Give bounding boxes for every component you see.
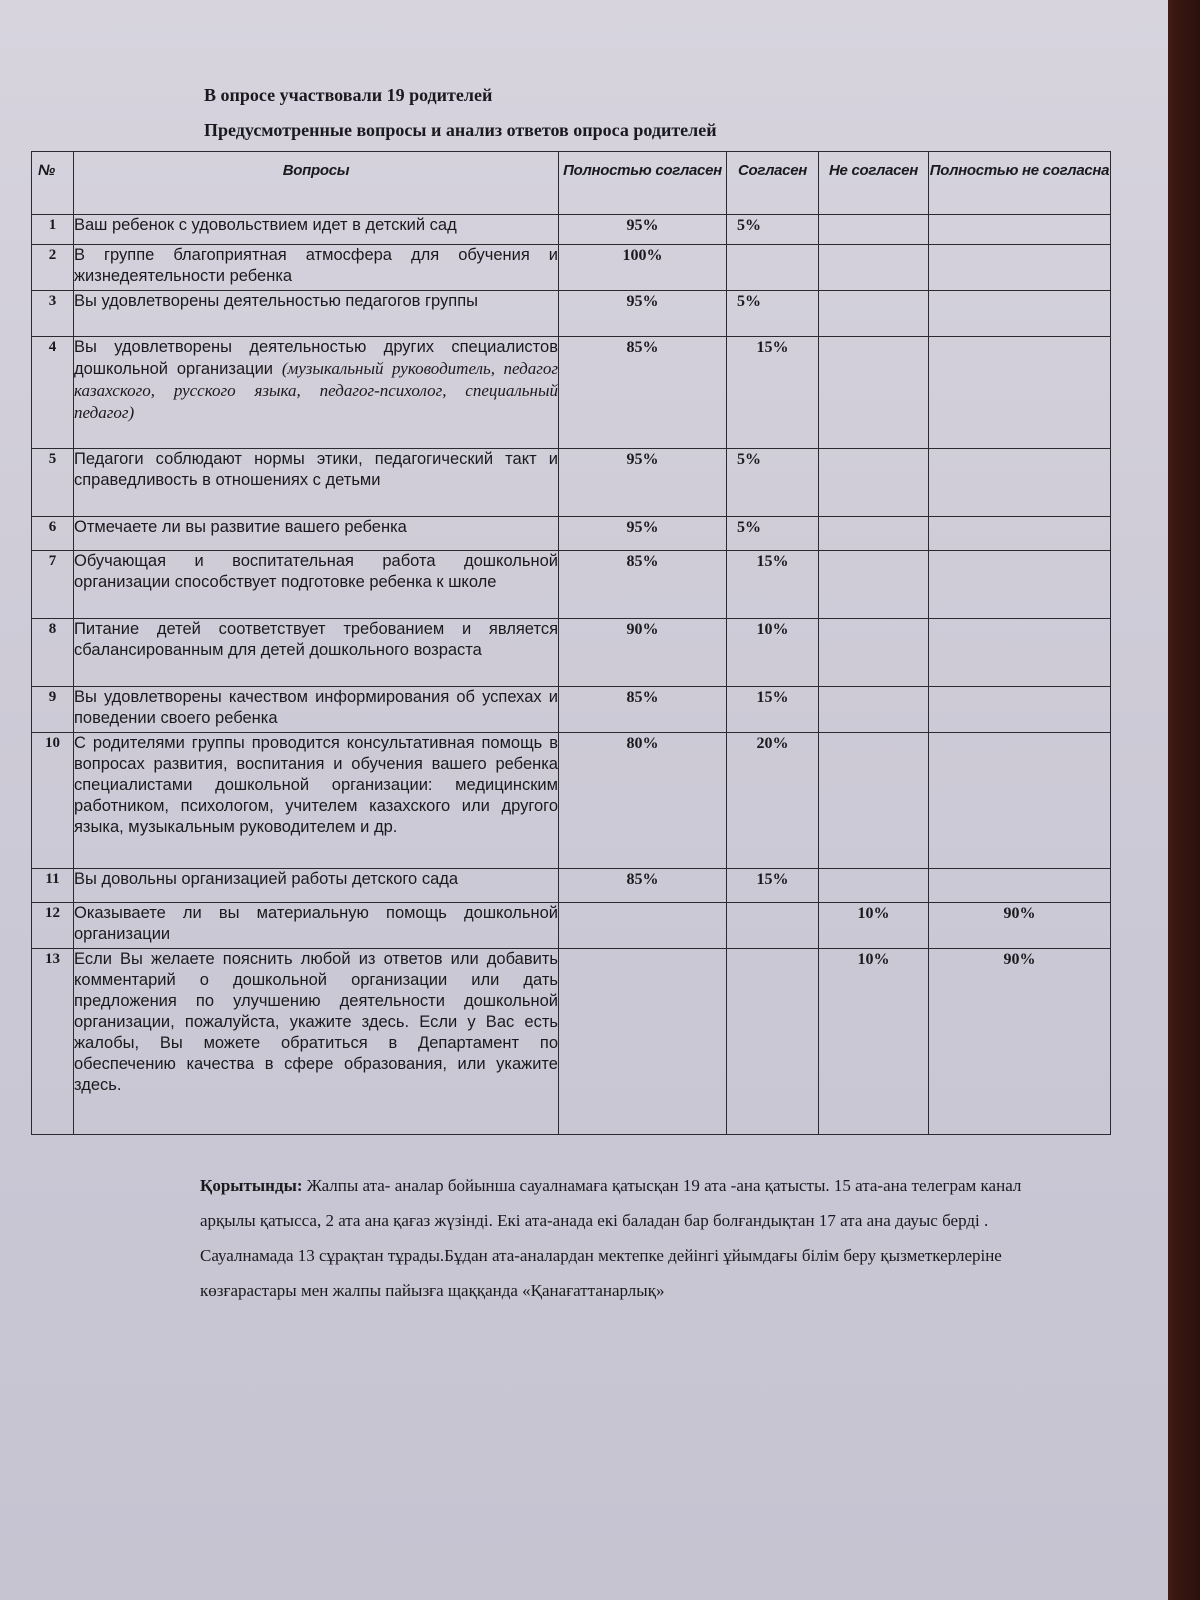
question-text: С родителями группы проводится консульта… [74, 734, 558, 836]
question-cell: Педагоги соблюдают нормы этики, педагоги… [74, 449, 559, 517]
question-text: Обучающая и воспитательная работа дошкол… [74, 552, 558, 591]
survey-results-table: № Вопросы Полностью согласен Согласен Не… [31, 151, 1111, 1135]
disagree-value [819, 291, 929, 337]
row-number: 10 [32, 733, 74, 869]
table-row: 12Оказываете ли вы материальную помощь д… [32, 903, 1111, 949]
agree-value [727, 245, 819, 291]
agree-value: 15% [727, 869, 819, 903]
table-row: 11Вы довольны организацией работы детско… [32, 869, 1111, 903]
fully-disagree-value [929, 337, 1111, 449]
disagree-value [819, 733, 929, 869]
agree-value: 5% [727, 517, 819, 551]
disagree-value [819, 551, 929, 619]
fully-agree-value: 100% [559, 245, 727, 291]
question-text: В группе благоприятная атмосфера для обу… [74, 246, 558, 285]
disagree-value: 10% [819, 903, 929, 949]
question-text: Ваш ребенок с удовольствием идет в детск… [74, 216, 457, 234]
disagree-value [819, 337, 929, 449]
agree-value: 15% [727, 337, 819, 449]
fully-disagree-value [929, 449, 1111, 517]
question-text: Если Вы желаете пояснить любой из ответо… [74, 950, 558, 1094]
question-text: Отмечаете ли вы развитие вашего ребенка [74, 518, 407, 536]
agree-value [727, 949, 819, 1135]
row-number: 4 [32, 337, 74, 449]
row-number: 11 [32, 869, 74, 903]
fully-disagree-value [929, 517, 1111, 551]
table-row: 6Отмечаете ли вы развитие вашего ребенка… [32, 517, 1111, 551]
paper-sheet: В опросе участвовали 19 родителей Предус… [0, 0, 1168, 1600]
disagree-value [819, 215, 929, 245]
table-row: 4Вы удовлетворены деятельностью других с… [32, 337, 1111, 449]
question-cell: Вы удовлетворены качеством информировани… [74, 687, 559, 733]
fully-disagree-value [929, 551, 1111, 619]
agree-value: 15% [727, 687, 819, 733]
question-text: Питание детей соответствует требованием … [74, 620, 558, 659]
conclusion-text: Жалпы ата- аналар бойынша сауалнамаға қа… [200, 1176, 1021, 1300]
column-header-disagree: Не согласен [819, 152, 929, 215]
fully-agree-value: 85% [559, 869, 727, 903]
column-header-number: № [32, 152, 74, 215]
disagree-value: 10% [819, 949, 929, 1135]
question-cell: Ваш ребенок с удовольствием идет в детск… [74, 215, 559, 245]
agree-value: 5% [727, 215, 819, 245]
row-number: 6 [32, 517, 74, 551]
agree-value: 10% [727, 619, 819, 687]
disagree-value [819, 869, 929, 903]
fully-agree-value: 90% [559, 619, 727, 687]
agree-value: 20% [727, 733, 819, 869]
table-title: Предусмотренные вопросы и анализ ответов… [204, 120, 717, 141]
fully-agree-value: 85% [559, 337, 727, 449]
conclusion-paragraph: Қорытынды: Жалпы ата- аналар бойынша сау… [200, 1168, 1080, 1308]
table-row: 3Вы удовлетворены деятельностью педагого… [32, 291, 1111, 337]
fully-disagree-value [929, 215, 1111, 245]
fully-disagree-value [929, 619, 1111, 687]
table-row: 8Питание детей соответствует требованием… [32, 619, 1111, 687]
row-number: 12 [32, 903, 74, 949]
table-row: 10С родителями группы проводится консуль… [32, 733, 1111, 869]
table-row: 7Обучающая и воспитательная работа дошко… [32, 551, 1111, 619]
question-cell: Обучающая и воспитательная работа дошкол… [74, 551, 559, 619]
question-cell: Вы довольны организацией работы детского… [74, 869, 559, 903]
question-cell: Питание детей соответствует требованием … [74, 619, 559, 687]
row-number: 13 [32, 949, 74, 1135]
question-cell: С родителями группы проводится консульта… [74, 733, 559, 869]
column-header-agree: Согласен [727, 152, 819, 215]
disagree-value [819, 449, 929, 517]
conclusion-label: Қорытынды: [200, 1176, 303, 1195]
fully-agree-value [559, 903, 727, 949]
row-number: 5 [32, 449, 74, 517]
row-number: 1 [32, 215, 74, 245]
row-number: 2 [32, 245, 74, 291]
fully-agree-value: 95% [559, 291, 727, 337]
fully-agree-value: 95% [559, 215, 727, 245]
question-text: Вы удовлетворены качеством информировани… [74, 688, 558, 727]
question-text: Оказываете ли вы материальную помощь дош… [74, 904, 558, 943]
question-cell: В группе благоприятная атмосфера для обу… [74, 245, 559, 291]
table-row: 13Если Вы желаете пояснить любой из отве… [32, 949, 1111, 1135]
column-header-questions: Вопросы [74, 152, 559, 215]
fully-disagree-value [929, 245, 1111, 291]
question-cell: Отмечаете ли вы развитие вашего ребенка [74, 517, 559, 551]
fully-agree-value: 85% [559, 551, 727, 619]
row-number: 8 [32, 619, 74, 687]
column-header-fully-disagree: Полностью не согласна [929, 152, 1111, 215]
question-text: Педагоги соблюдают нормы этики, педагоги… [74, 450, 558, 489]
question-cell: Если Вы желаете пояснить любой из ответо… [74, 949, 559, 1135]
disagree-value [819, 619, 929, 687]
question-cell: Вы удовлетворены деятельностью педагогов… [74, 291, 559, 337]
fully-disagree-value [929, 869, 1111, 903]
column-header-fully-agree: Полностью согласен [559, 152, 727, 215]
fully-disagree-value [929, 733, 1111, 869]
fully-agree-value: 85% [559, 687, 727, 733]
fully-agree-value [559, 949, 727, 1135]
question-cell: Вы удовлетворены деятельностью других сп… [74, 337, 559, 449]
table-row: 5Педагоги соблюдают нормы этики, педагог… [32, 449, 1111, 517]
agree-value: 5% [727, 449, 819, 517]
disagree-value [819, 687, 929, 733]
fully-disagree-value [929, 687, 1111, 733]
row-number: 9 [32, 687, 74, 733]
question-text: Вы удовлетворены деятельностью педагогов… [74, 292, 478, 310]
question-cell: Оказываете ли вы материальную помощь дош… [74, 903, 559, 949]
question-text: Вы довольны организацией работы детского… [74, 870, 458, 888]
agree-value [727, 903, 819, 949]
fully-disagree-value [929, 291, 1111, 337]
fully-agree-value: 80% [559, 733, 727, 869]
row-number: 7 [32, 551, 74, 619]
table-row: 2В группе благоприятная атмосфера для об… [32, 245, 1111, 291]
row-number: 3 [32, 291, 74, 337]
fully-disagree-value: 90% [929, 903, 1111, 949]
fully-agree-value: 95% [559, 449, 727, 517]
fully-disagree-value: 90% [929, 949, 1111, 1135]
disagree-value [819, 517, 929, 551]
fully-agree-value: 95% [559, 517, 727, 551]
participants-heading: В опросе участвовали 19 родителей [204, 85, 492, 106]
table-row: 1Ваш ребенок с удовольствием идет в детс… [32, 215, 1111, 245]
table-header-row: № Вопросы Полностью согласен Согласен Не… [32, 152, 1111, 215]
table-row: 9Вы удовлетворены качеством информирован… [32, 687, 1111, 733]
agree-value: 5% [727, 291, 819, 337]
agree-value: 15% [727, 551, 819, 619]
disagree-value [819, 245, 929, 291]
